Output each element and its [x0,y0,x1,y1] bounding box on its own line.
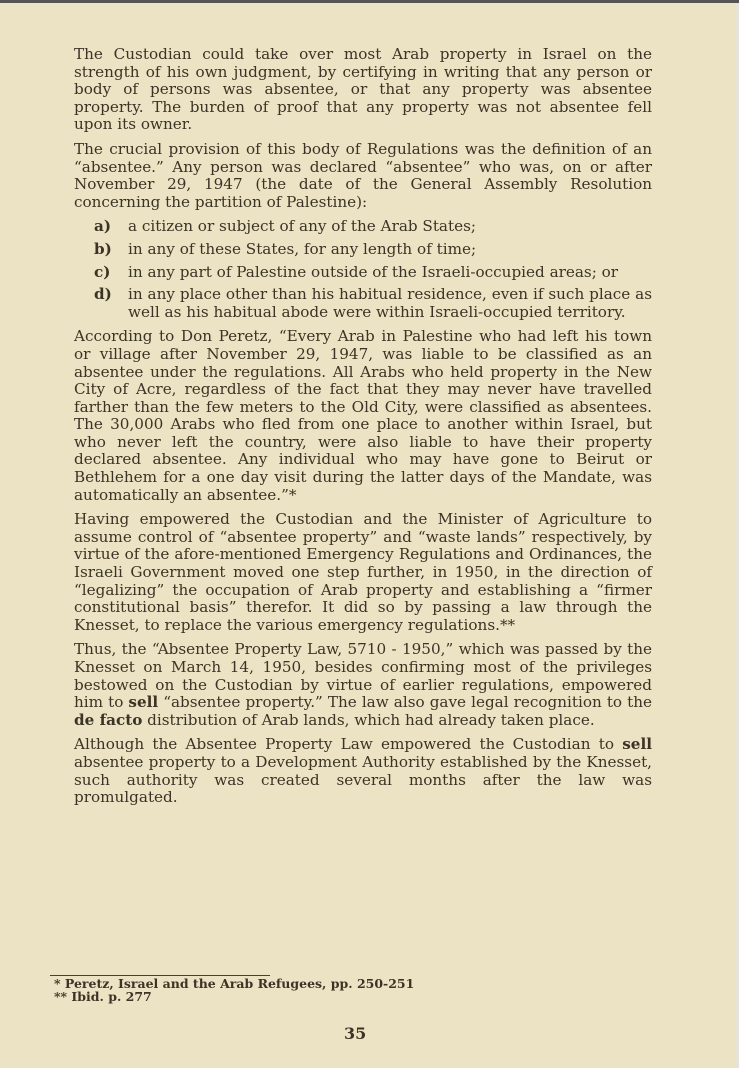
footnotes: * Peretz, Israel and the Arab Refugees, … [50,975,414,1003]
paragraph-custodian: The Custodian could take over most Arab … [74,46,652,134]
text-span: Although the Absentee Property Law empow… [74,735,622,753]
text-span: “absentee property.” The law also gave l… [158,693,652,711]
list-item-label: b) [74,241,128,259]
list-item-label: d) [74,286,128,321]
list-item-text: a citizen or subject of any of the Arab … [128,218,652,236]
text-span: absentee property to a Development Autho… [74,753,652,806]
paragraph-development-authority: Although the Absentee Property Law empow… [74,736,652,806]
footnote-2: ** Ibid. p. 277 [50,990,414,1003]
list-item: b) in any of these States, for any lengt… [74,241,652,259]
list-item-label: a) [74,218,128,236]
absentee-criteria-list: a) a citizen or subject of any of the Ar… [74,218,652,321]
paragraph-peretz-quote: According to Don Peretz, “Every Arab in … [74,328,652,504]
bold-de-facto: de facto [74,711,142,729]
list-item-text: in any part of Palestine outside of the … [128,264,652,282]
list-item-label: c) [74,264,128,282]
page-right-edge [735,3,739,1068]
list-item: a) a citizen or subject of any of the Ar… [74,218,652,236]
paragraph-empowerment: Having empowered the Custodian and the M… [74,511,652,634]
page-number: 35 [344,1024,366,1043]
list-item-text: in any of these States, for any length o… [128,241,652,259]
bold-sell: sell [128,693,158,711]
paragraph-absentee-property-law: Thus, the “Absentee Property Law, 5710 -… [74,641,652,729]
body-text: The Custodian could take over most Arab … [74,46,652,814]
list-item-text: in any place other than his habitual res… [128,286,652,321]
bold-sell: sell [622,735,652,753]
paragraph-absentee-definition: The crucial provision of this body of Re… [74,141,652,211]
text-span: distribution of Arab lands, which had al… [142,711,594,729]
list-item: c) in any part of Palestine outside of t… [74,264,652,282]
list-item: d) in any place other than his habitual … [74,286,652,321]
